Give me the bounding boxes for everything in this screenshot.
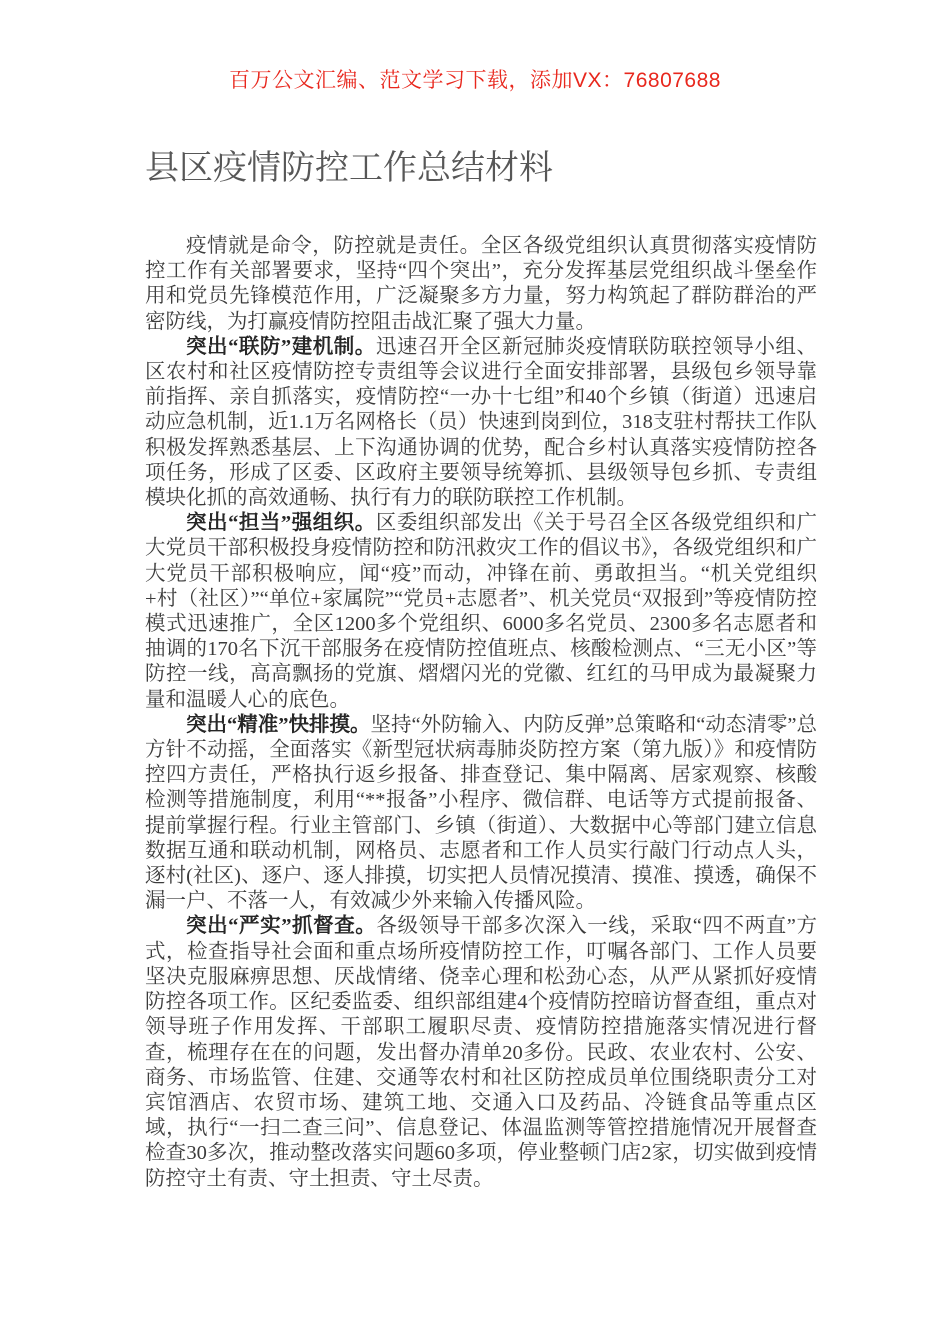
- paragraph-text: 坚持“外防输入、内防反弹”总策略和“动态清零”总方针不动摇，全面落实《新型冠状病…: [145, 714, 817, 912]
- paragraph-lead: 突出“精准”快排摸。: [186, 714, 371, 736]
- paragraph-lead: 突出“联防”建机制。: [186, 336, 376, 358]
- paragraph-lead: 突出“严实”抓督查。: [186, 915, 376, 937]
- document-page: 百万公文汇编、范文学习下载，添加VX：76807688 县区疫情防控工作总结材料…: [0, 0, 950, 1344]
- paragraph-text: 区委组织部发出《关于号召全区各级党组织和广大党员干部积极投身疫情防控和防汛救灾工…: [145, 512, 817, 710]
- paragraph: 突出“精准”快排摸。坚持“外防输入、内防反弹”总策略和“动态清零”总方针不动摇，…: [145, 713, 817, 915]
- paragraph-text: 迅速召开全区新冠肺炎疫情联防联控领导小组、区农村和社区疫情防控专责组等会议进行全…: [145, 336, 817, 509]
- paragraph-text: 疫情就是命令，防控就是责任。全区各级党组织认真贯彻落实疫情防控工作有关部署要求，…: [145, 235, 817, 333]
- header-notice: 百万公文汇编、范文学习下载，添加VX：76807688: [0, 0, 950, 94]
- paragraph: 疫情就是命令，防控就是责任。全区各级党组织认真贯彻落实疫情防控工作有关部署要求，…: [145, 234, 817, 335]
- paragraph-text: 各级领导干部多次深入一线，采取“四不两直”方式，检查指导社会面和重点场所疫情防控…: [145, 915, 817, 1189]
- paragraph: 突出“严实”抓督查。各级领导干部多次深入一线，采取“四不两直”方式，检查指导社会…: [145, 914, 817, 1191]
- paragraph: 突出“联防”建机制。迅速召开全区新冠肺炎疫情联防联控领导小组、区农村和社区疫情防…: [145, 335, 817, 511]
- paragraph: 突出“担当”强组织。区委组织部发出《关于号召全区各级党组织和广大党员干部积极投身…: [145, 511, 817, 713]
- document-title: 县区疫情防控工作总结材料: [145, 148, 815, 188]
- document-body: 疫情就是命令，防控就是责任。全区各级党组织认真贯彻落实疫情防控工作有关部署要求，…: [145, 234, 817, 1192]
- paragraph-lead: 突出“担当”强组织。: [186, 512, 376, 534]
